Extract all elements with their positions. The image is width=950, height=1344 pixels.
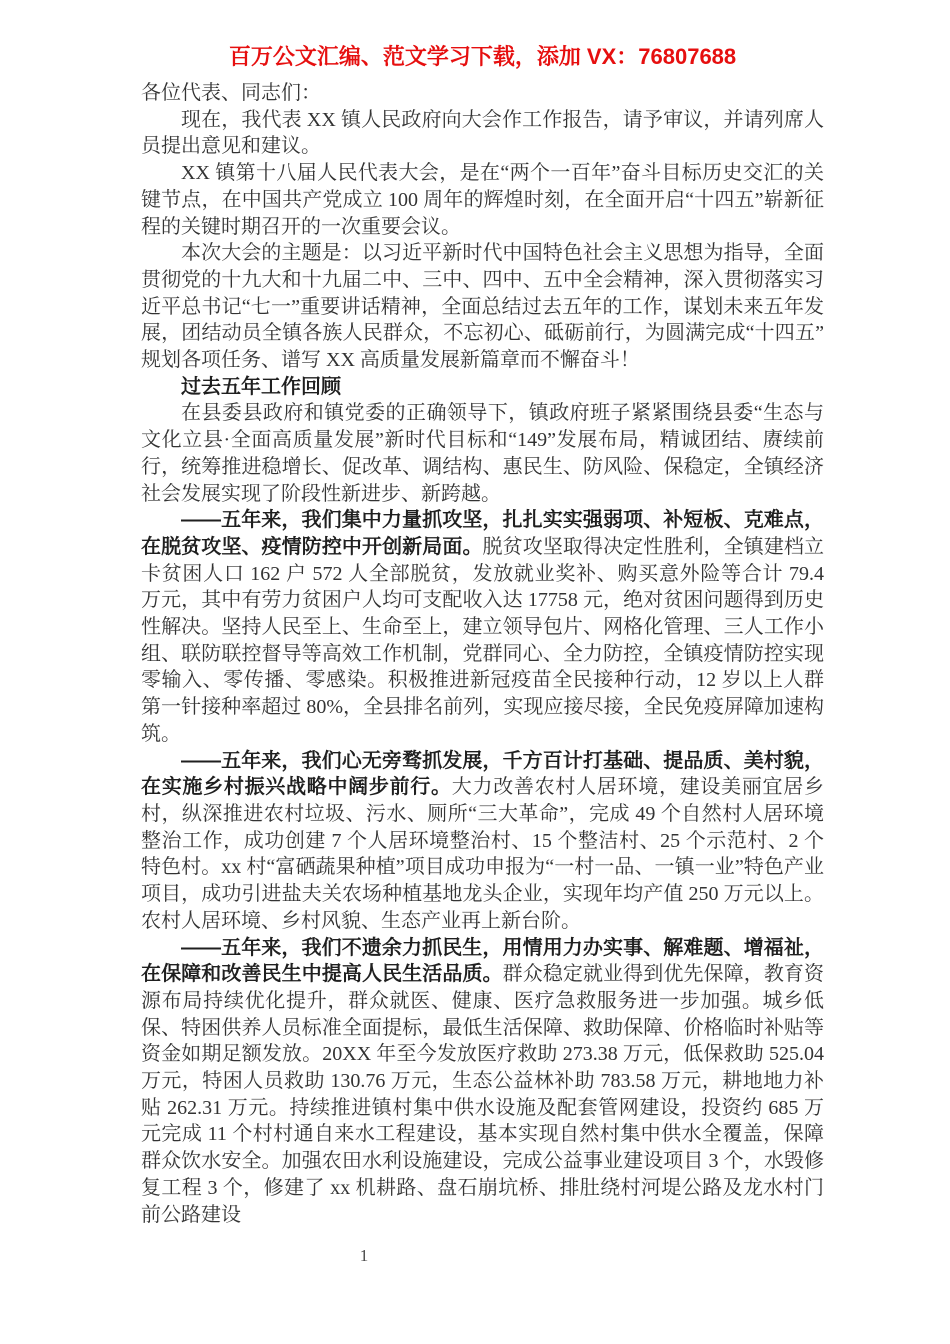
intro-paragraph: 现在，我代表 XX 镇人民政府向大会作工作报告，请予审议，并请列席人员提出意见和… (141, 107, 824, 160)
salutation-line: 各位代表、同志们： (141, 80, 824, 107)
document-body: 各位代表、同志们： 现在，我代表 XX 镇人民政府向大会作工作报告，请予审议，并… (141, 80, 824, 1228)
achievement-paragraph: ——五年来，我们不遗余力抓民生，用情用力办实事、解难题、增福祉，在保障和改善民生… (141, 935, 824, 1229)
intro-paragraph: XX 镇第十八届人民代表大会，是在“两个一百年”奋斗目标历史交汇的关键节点，在中… (141, 160, 824, 240)
achievement-body-text: 大力改善农村人居环境，建设美丽宜居乡村，纵深推进农村垃圾、污水、厕所“三大革命”… (141, 776, 824, 932)
page-number: 1 (350, 1245, 378, 1267)
overview-paragraph: 在县委县政府和镇党委的正确领导下，镇政府班子紧紧围绕县委“生态与文化立县·全面高… (141, 400, 824, 507)
promo-header-text: 百万公文汇编、范文学习下载，添加 VX：76807688 (141, 42, 824, 72)
achievement-body-text: 群众稳定就业得到优先保障，教育资源布局持续优化提升，群众就医、健康、医疗急救服务… (141, 963, 824, 1225)
section-heading: 过去五年工作回顾 (141, 374, 824, 401)
achievement-body-text: 脱贫攻坚取得决定性胜利，全镇建档立卡贫困人口 162 户 572 人全部脱贫，发… (141, 536, 824, 745)
achievement-paragraph: ——五年来，我们集中力量抓攻坚，扎扎实实强弱项、补短板、克难点，在脱贫攻坚、疫情… (141, 507, 824, 747)
intro-paragraph: 本次大会的主题是：以习近平新时代中国特色社会主义思想为指导，全面贯彻党的十九大和… (141, 240, 824, 374)
achievement-paragraph: ——五年来，我们心无旁骛抓发展，千方百计打基础、提品质、美村貌，在实施乡村振兴战… (141, 748, 824, 935)
document-page: 百万公文汇编、范文学习下载，添加 VX：76807688 各位代表、同志们： 现… (0, 0, 950, 1344)
